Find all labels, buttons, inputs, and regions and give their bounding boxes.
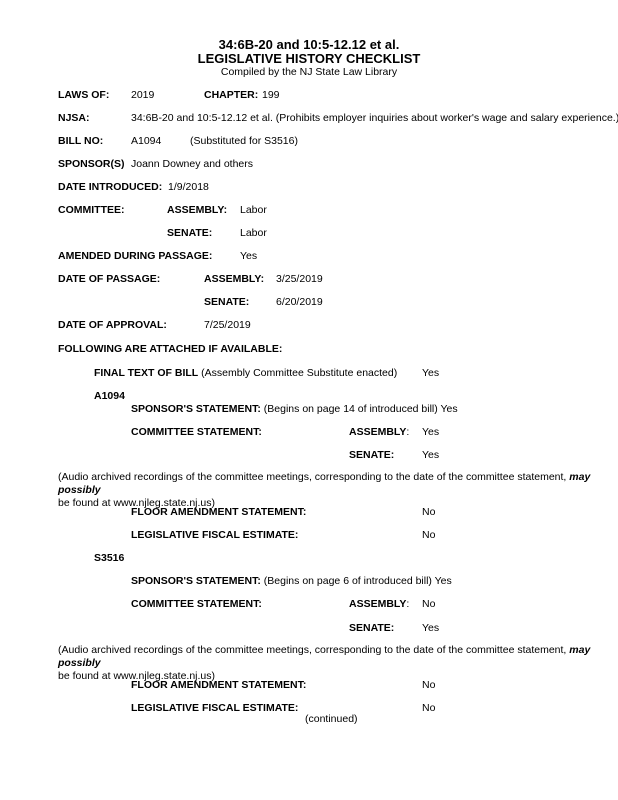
a1094-committee-assembly-colon: : (406, 426, 409, 438)
committee-assembly-label: ASSEMBLY: (167, 204, 227, 216)
date-of-approval-label: DATE OF APPROVAL: (58, 319, 167, 331)
final-text-value: Yes (422, 367, 439, 379)
amended-value: Yes (240, 250, 257, 262)
a1094-floor-amendment-label: FLOOR AMENDMENT STATEMENT: (131, 506, 306, 518)
s3516-committee-senate-value: Yes (422, 622, 439, 634)
sponsors-value: Joann Downey and others (131, 158, 253, 170)
s3516-committee-assembly-colon: : (406, 598, 409, 610)
passage-assembly-label: ASSEMBLY: (204, 273, 264, 285)
s3516-sponsor-statement-label: SPONSOR'S STATEMENT: (131, 575, 261, 587)
final-text-label: FINAL TEXT OF BILL (94, 367, 198, 379)
committee-label: COMMITTEE: (58, 204, 125, 216)
document-subtitle: Compiled by the NJ State Law Library (0, 66, 618, 78)
njsa-label: NJSA: (58, 112, 90, 124)
bill-no-substitution-note: (Substituted for S3516) (190, 135, 298, 147)
s3516-committee-assembly-label: ASSEMBLY (349, 598, 406, 610)
a1094-floor-amendment-value: No (422, 506, 435, 518)
a1094-sponsor-statement-note: (Begins on page 14 of introduced bill) (264, 403, 438, 415)
s3516-committee-senate-label: SENATE: (349, 622, 394, 634)
a1094-fiscal-estimate-value: No (422, 529, 435, 541)
s3516-sponsor-statement-row: SPONSOR'S STATEMENT: (Begins on page 6 o… (131, 575, 452, 587)
s3516-fiscal-estimate-label: LEGISLATIVE FISCAL ESTIMATE: (131, 702, 298, 714)
s3516-committee-statement-label: COMMITTEE STATEMENT: (131, 598, 262, 610)
passage-senate-value: 6/20/2019 (276, 296, 323, 308)
a1094-committee-assembly-label: ASSEMBLY (349, 426, 406, 438)
a1094-committee-assembly-value: Yes (422, 426, 439, 438)
s3516-sponsor-statement-note: (Begins on page 6 of introduced bill) (264, 575, 432, 587)
s3516-floor-amendment-value: No (422, 679, 435, 691)
laws-of-value: 2019 (131, 89, 154, 101)
committee-assembly-value: Labor (240, 204, 267, 216)
committee-senate-value: Labor (240, 227, 267, 239)
s3516-audio-note: (Audio archived recordings of the commit… (58, 644, 603, 683)
a1094-sponsor-statement-label: SPONSOR'S STATEMENT: (131, 403, 261, 415)
s3516-floor-amendment-label: FLOOR AMENDMENT STATEMENT: (131, 679, 306, 691)
document-title-citation: 34:6B-20 and 10:5-12.12 et al. (0, 38, 618, 52)
committee-senate-label: SENATE: (167, 227, 212, 239)
attached-heading: FOLLOWING ARE ATTACHED IF AVAILABLE: (58, 343, 282, 355)
date-of-approval-value: 7/25/2019 (204, 319, 251, 331)
bill-no-label: BILL NO: (58, 135, 103, 147)
s3516-sponsor-statement-value: Yes (435, 575, 452, 587)
laws-of-label: LAWS OF: (58, 89, 109, 101)
a1094-sponsor-statement-row: SPONSOR'S STATEMENT: (Begins on page 14 … (131, 403, 458, 415)
sponsors-label: SPONSOR(S) (58, 158, 125, 170)
s3516-committee-assembly-value: No (422, 598, 435, 610)
njsa-value: 34:6B-20 and 10:5-12.12 et al. (Prohibit… (131, 112, 618, 124)
a1094-sponsor-statement-value: Yes (440, 403, 457, 415)
final-text-row: FINAL TEXT OF BILL (Assembly Committee S… (94, 367, 397, 379)
final-text-note: (Assembly Committee Substitute enacted) (201, 367, 397, 379)
date-introduced-value: 1/9/2018 (168, 181, 209, 193)
amended-label: AMENDED DURING PASSAGE: (58, 250, 212, 262)
continued-note: (continued) (305, 713, 358, 725)
bill-no-value: A1094 (131, 135, 161, 147)
date-of-passage-label: DATE OF PASSAGE: (58, 273, 160, 285)
passage-assembly-value: 3/25/2019 (276, 273, 323, 285)
bill-s3516-heading: S3516 (94, 552, 124, 564)
date-introduced-label: DATE INTRODUCED: (58, 181, 162, 193)
s3516-fiscal-estimate-value: No (422, 702, 435, 714)
a1094-audio-note: (Audio archived recordings of the commit… (58, 471, 603, 510)
a1094-committee-assembly-label-wrap: ASSEMBLY: (349, 426, 409, 438)
a1094-committee-senate-label: SENATE: (349, 449, 394, 461)
passage-senate-label: SENATE: (204, 296, 249, 308)
s3516-audio-note-text: (Audio archived recordings of the commit… (58, 644, 569, 656)
document-title: LEGISLATIVE HISTORY CHECKLIST (0, 52, 618, 66)
a1094-audio-note-text: (Audio archived recordings of the commit… (58, 471, 569, 483)
chapter-value: 199 (262, 89, 280, 101)
chapter-label: CHAPTER: (204, 89, 258, 101)
bill-a1094-heading: A1094 (94, 390, 125, 402)
s3516-committee-assembly-label-wrap: ASSEMBLY: (349, 598, 409, 610)
a1094-committee-statement-label: COMMITTEE STATEMENT: (131, 426, 262, 438)
a1094-fiscal-estimate-label: LEGISLATIVE FISCAL ESTIMATE: (131, 529, 298, 541)
a1094-committee-senate-value: Yes (422, 449, 439, 461)
